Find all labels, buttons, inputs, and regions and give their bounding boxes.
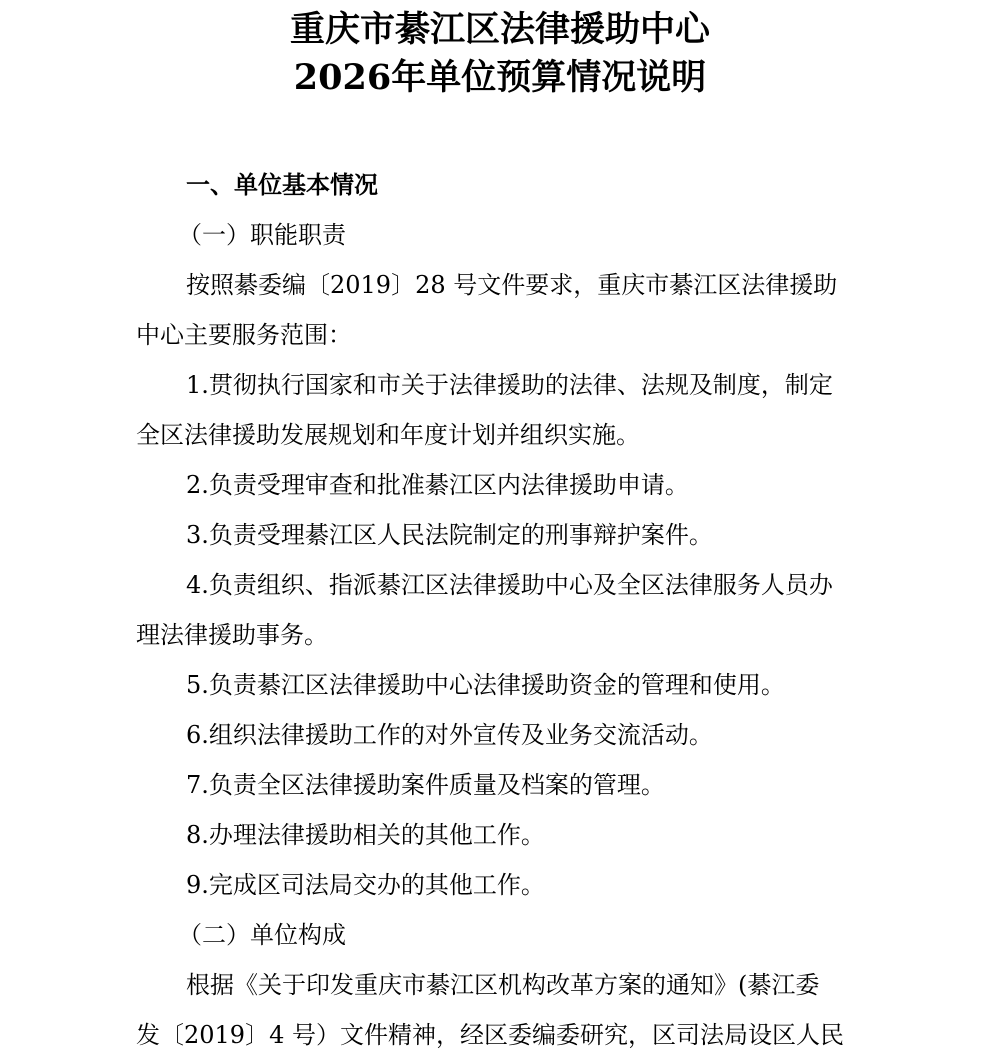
duty-item-8: 8.办理法律援助相关的其他工作。 bbox=[186, 820, 545, 850]
subsection-heading-functions: （一）职能职责 bbox=[178, 220, 346, 250]
document-title-line1: 重庆市綦江区法律援助中心 bbox=[0, 10, 1000, 50]
duty-item-1-line2: 全区法律援助发展规划和年度计划并组织实施。 bbox=[136, 420, 640, 450]
duty-item-5: 5.负责綦江区法律援助中心法律援助资金的管理和使用。 bbox=[186, 670, 785, 700]
intro-paragraph-line2: 中心主要服务范围： bbox=[136, 320, 352, 350]
intro-paragraph-line1: 按照綦委编〔2019〕28 号文件要求，重庆市綦江区法律援助 bbox=[186, 270, 876, 300]
section-heading-basic-info: 一、单位基本情况 bbox=[186, 170, 378, 200]
duty-item-4-line2: 理法律援助事务。 bbox=[136, 620, 328, 650]
duty-item-6: 6.组织法律援助工作的对外宣传及业务交流活动。 bbox=[186, 720, 713, 750]
duty-item-9: 9.完成区司法局交办的其他工作。 bbox=[186, 870, 545, 900]
document-title-line2: 2026年单位预算情况说明 bbox=[0, 58, 1000, 98]
composition-paragraph-line1: 根据《关于印发重庆市綦江区机构改革方案的通知》(綦江委 bbox=[186, 970, 819, 1000]
subsection-heading-composition: （二）单位构成 bbox=[178, 920, 346, 950]
document-page: 重庆市綦江区法律援助中心 2026年单位预算情况说明 一、单位基本情况 （一）职… bbox=[0, 0, 1000, 1063]
duty-item-7: 7.负责全区法律援助案件质量及档案的管理。 bbox=[186, 770, 665, 800]
duty-item-4-line1: 4.负责组织、指派綦江区法律援助中心及全区法律服务人员办 bbox=[186, 570, 833, 600]
duty-item-2: 2.负责受理审查和批准綦江区内法律援助申请。 bbox=[186, 470, 689, 500]
duty-item-1-line1: 1.贯彻执行国家和市关于法律援助的法律、法规及制度，制定 bbox=[186, 370, 833, 400]
composition-paragraph-line2: 发〔2019〕4 号）文件精神，经区委编委研究，区司法局设区人民 bbox=[136, 1020, 844, 1050]
duty-item-3: 3.负责受理綦江区人民法院制定的刑事辩护案件。 bbox=[186, 520, 713, 550]
